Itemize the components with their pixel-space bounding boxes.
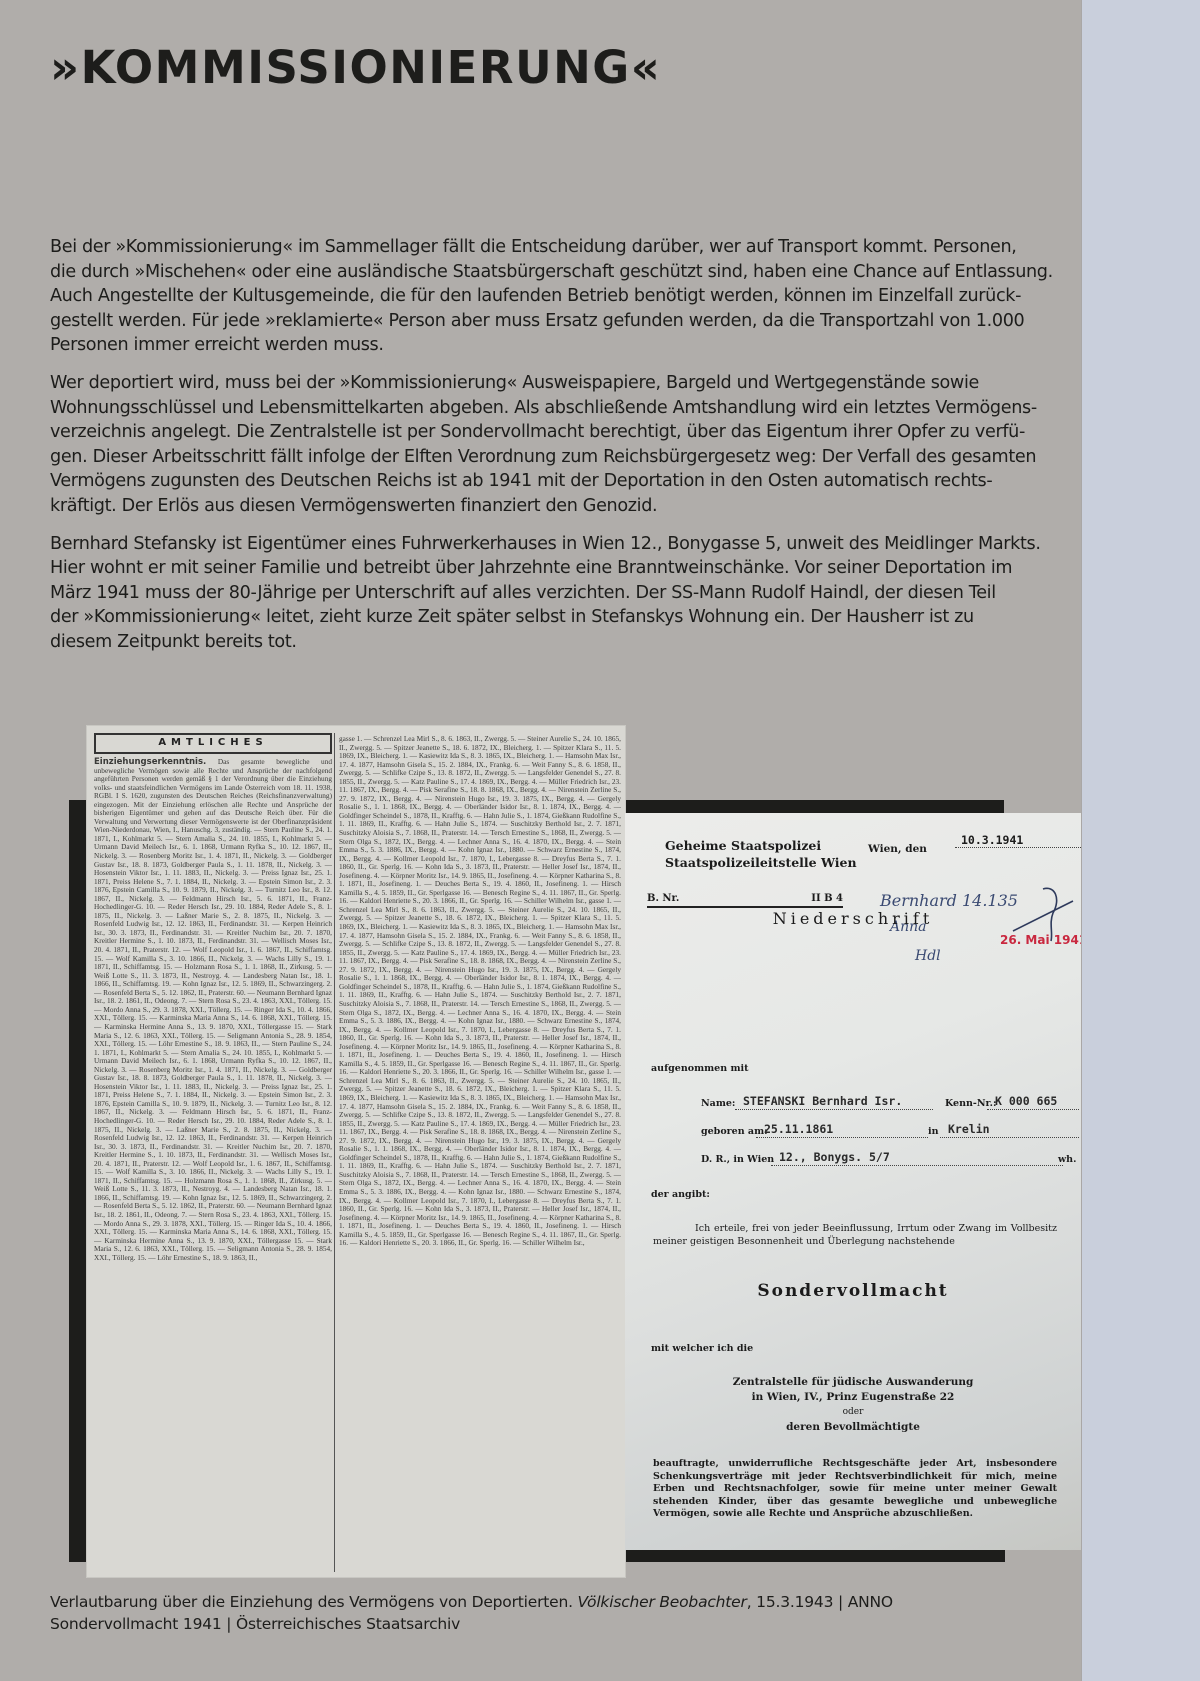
caption-text: , 15.3.1943 | ANNO bbox=[747, 1593, 893, 1611]
taken-with-label: aufgenommen mit bbox=[651, 1063, 749, 1074]
text-line: gen. Dieser Arbeitsschritt fällt infolge… bbox=[50, 445, 1082, 470]
born-value: 25.11.1861 bbox=[756, 1122, 928, 1138]
text-line: Hier wohnt er mit seiner Familie und bet… bbox=[50, 556, 1082, 581]
newspaper-lead-text: Das gesamte bewegliche und unbewegliche … bbox=[94, 757, 332, 834]
column-divider bbox=[334, 733, 335, 1572]
paragraph-2: Wer deportiert wird, muss bei der »Kommi… bbox=[50, 371, 1082, 519]
office-line: oder bbox=[625, 1405, 1081, 1420]
newspaper-entries-repeat: gasse 1. — Schrenzel Lea Mirl S., 8. 6. … bbox=[339, 1067, 621, 1247]
text-line: Bernhard Stefansky ist Eigentümer eines … bbox=[50, 532, 1082, 557]
authority-line: Geheime Staatspolizei bbox=[665, 837, 857, 854]
newspaper-column-1: AMTLICHES Einziehungserkenntnis. Das ges… bbox=[94, 733, 332, 1572]
born-place: Krelin bbox=[940, 1122, 1079, 1138]
text-line: verzeichnis angelegt. Die Zentralstelle … bbox=[50, 420, 1082, 445]
address-value: 12., Bonygs. 5/7 bbox=[771, 1150, 1063, 1166]
office-address: Zentralstelle für jüdische Auswanderung … bbox=[625, 1375, 1081, 1435]
image-caption: Verlautbarung über die Einziehung des Ve… bbox=[50, 1591, 893, 1635]
document-letterhead: Geheime Staatspolizei Staatspolizeileits… bbox=[665, 837, 857, 871]
with-which-label: mit welcher ich die bbox=[651, 1343, 753, 1354]
office-line: Zentralstelle für jüdische Auswanderung bbox=[625, 1375, 1081, 1390]
text-line: Wohnungsschlüssel und Lebensmittelkarten… bbox=[50, 396, 1082, 421]
newspaper-column-2: gasse 1. — Schrenzel Lea Mirl S., 8. 6. … bbox=[339, 735, 621, 1572]
kenn-value: K 000 665 bbox=[987, 1094, 1079, 1110]
newspaper-entries-repeat: gasse 1. — Schrenzel Lea Mirl S., 8. 6. … bbox=[339, 896, 621, 1076]
address-suffix: wh. bbox=[1058, 1154, 1076, 1165]
name-value: STEFANSKI Bernhard Isr. bbox=[735, 1094, 933, 1110]
address-label: D. R., in Wien bbox=[701, 1154, 774, 1165]
text-line: diesem Zeitpunkt bereits tot. bbox=[50, 630, 1082, 655]
reference-label: B. Nr. bbox=[647, 893, 679, 904]
mandate-text: beauftragte, unwiderrufliche Rechtsgesch… bbox=[653, 1458, 1057, 1521]
paragraph-3: Bernhard Stefansky ist Eigentümer eines … bbox=[50, 532, 1082, 655]
place-label: Wien, den bbox=[868, 843, 927, 855]
newspaper-entries: — Stern Pauline S., 24. 1. 1871, I., Koh… bbox=[94, 825, 332, 1048]
authority-line: Staatspolizeileitstelle Wien bbox=[665, 854, 857, 871]
office-line: in Wien, IV., Prinz Eugenstraße 22 bbox=[625, 1390, 1081, 1405]
text-line: die durch »Mischehen« oder eine ausländi… bbox=[50, 260, 1082, 285]
text-line: Bei der »Kommissionierung« im Sammellage… bbox=[50, 235, 1082, 260]
name-label: Name: bbox=[701, 1098, 735, 1109]
document-heading: Niederschrift bbox=[625, 909, 1081, 928]
caption-text: Verlautbarung über die Einziehung des Ve… bbox=[50, 1593, 578, 1611]
date-stamp: 26. Mai 1941 bbox=[1000, 933, 1081, 947]
text-line: der »Kommissionierung« leitet, zieht kur… bbox=[50, 605, 1082, 630]
image-shadow bbox=[625, 1550, 1005, 1562]
newspaper-entries: gasse 1. — Schrenzel Lea Mirl S., 8. 6. … bbox=[339, 735, 621, 905]
newspaper-entries-repeat: — Stern Pauline S., 24. 1. 1871, I., Koh… bbox=[94, 1039, 332, 1262]
text-line: Vermögens zugunsten des Deutschen Reichs… bbox=[50, 469, 1082, 494]
typed-date: 10.3.1941 bbox=[955, 833, 1081, 848]
reference-number: B. Nr. II B 4 bbox=[647, 893, 843, 908]
in-label: in bbox=[928, 1126, 939, 1137]
handwritten-initials: Hdl bbox=[915, 948, 941, 964]
newspaper-section-header: AMTLICHES bbox=[94, 733, 332, 754]
reference-value: II B 4 bbox=[811, 893, 843, 904]
newspaper-clipping: AMTLICHES Einziehungserkenntnis. Das ges… bbox=[86, 725, 626, 1578]
body-text: Bei der »Kommissionierung« im Sammellage… bbox=[50, 235, 1082, 668]
office-line: deren Bevollmächtigte bbox=[625, 1420, 1081, 1435]
text-line: März 1941 muss der 80-Jährige per Unters… bbox=[50, 581, 1082, 606]
text-line: kräftigt. Der Erlös aus diesen Vermögens… bbox=[50, 494, 1082, 519]
text-line: gestellt werden. Für jede »reklamierte« … bbox=[50, 309, 1082, 334]
page-title: »KOMMISSIONIERUNG« bbox=[50, 42, 661, 94]
text-line: Wer deportiert wird, muss bei der »Kommi… bbox=[50, 371, 1082, 396]
paragraph-1: Bei der »Kommissionierung« im Sammellage… bbox=[50, 235, 1082, 358]
caption-line-2: Sondervollmacht 1941 | Österreichisches … bbox=[50, 1613, 893, 1635]
image-shadow bbox=[620, 800, 1004, 813]
declaration-text: Ich erteile, frei von jeder Beeinflussun… bbox=[653, 1223, 1057, 1248]
states-label: der angibt: bbox=[651, 1189, 710, 1200]
caption-line-1: Verlautbarung über die Einziehung des Ve… bbox=[50, 1591, 893, 1613]
sondervollmacht-document: Geheime Staatspolizei Staatspolizeileits… bbox=[625, 813, 1081, 1550]
caption-source: Völkischer Beobachter bbox=[578, 1593, 747, 1611]
text-line: Personen immer erreicht werden muss. bbox=[50, 333, 1082, 358]
power-of-attorney-title: Sondervollmacht bbox=[625, 1281, 1081, 1301]
text-line: Auch Angestellte der Kultusgemeinde, die… bbox=[50, 284, 1082, 309]
